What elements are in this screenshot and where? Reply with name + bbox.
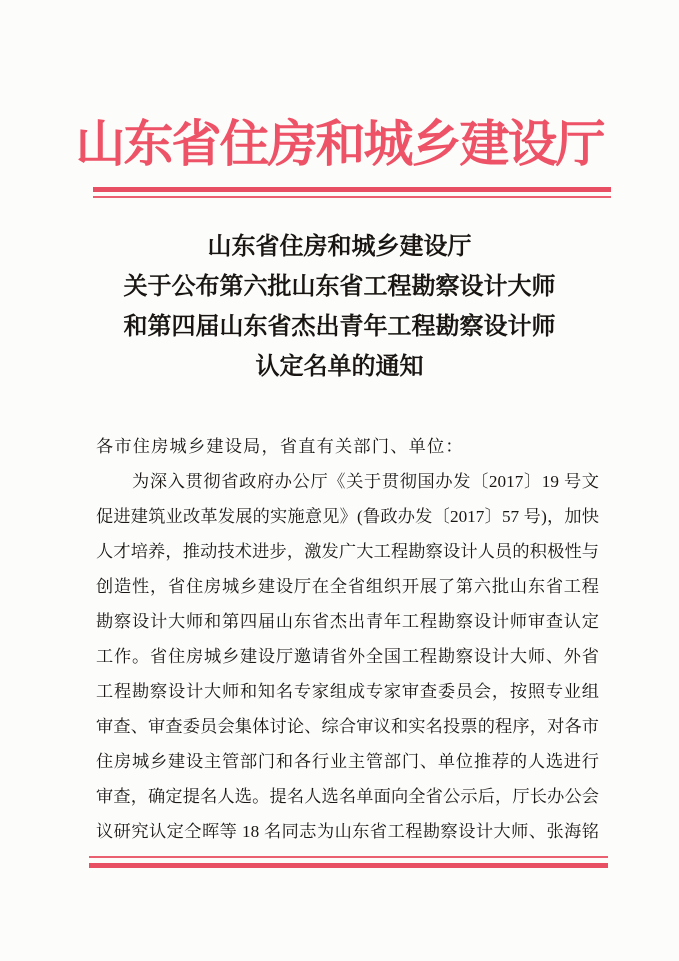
- title-line-notice: 认定名单的通知: [0, 347, 679, 387]
- rule-thin-line: [89, 856, 608, 858]
- rule-thick-line: [89, 863, 608, 868]
- body-line: 促进建筑业改革发展的实施意见》(鲁政办发〔2017〕57 号)，加快: [96, 499, 599, 534]
- body-line: 审查，确定提名人选。提名人选名单面向全省公示后，厅长办公会: [96, 779, 599, 814]
- body-line: 住房城乡建设主管部门和各行业主管部门、单位推荐的人选进行: [96, 744, 599, 779]
- letterhead-double-rule: [93, 187, 611, 198]
- body-line: 为深入贯彻省政府办公厅《关于贯彻国办发〔2017〕19 号文件: [96, 464, 599, 499]
- title-line-org: 山东省住房和城乡建设厅: [0, 227, 679, 267]
- body-line: 创造性，省住房城乡建设厅在全省组织开展了第六批山东省工程: [96, 569, 599, 604]
- document-title: 山东省住房和城乡建设厅 关于公布第六批山东省工程勘察设计大师 和第四届山东省杰出…: [0, 227, 679, 387]
- body-line: 工程勘察设计大师和知名专家组成专家审查委员会，按照专业组: [96, 674, 599, 709]
- letterhead-org-name: 山东省住房和城乡建设厅: [0, 112, 679, 176]
- title-line-subject-2: 和第四届山东省杰出青年工程勘察设计师: [0, 307, 679, 347]
- footer-double-rule: [89, 856, 608, 868]
- body-line: 议研究认定仝晖等 18 名同志为山东省工程勘察设计大师、张海铭: [96, 814, 599, 849]
- body-line: 勘察设计大师和第四届山东省杰出青年工程勘察设计师审查认定: [96, 604, 599, 639]
- salutation-line: 各市住房城乡建设局，省直有关部门、单位：: [96, 429, 599, 464]
- rule-thin-line: [93, 196, 611, 198]
- body-line: 人才培养，推动技术进步，激发广大工程勘察设计人员的积极性与: [96, 534, 599, 569]
- scanned-official-document-page: 山东省住房和城乡建设厅 山东省住房和城乡建设厅 关于公布第六批山东省工程勘察设计…: [0, 0, 679, 961]
- body-line: 审查、审查委员会集体讨论、综合审议和实名投票的程序，对各市: [96, 709, 599, 744]
- title-line-subject-1: 关于公布第六批山东省工程勘察设计大师: [0, 267, 679, 307]
- rule-thick-line: [93, 187, 611, 192]
- document-body: 各市住房城乡建设局，省直有关部门、单位： 为深入贯彻省政府办公厅《关于贯彻国办发…: [96, 429, 599, 849]
- body-line: 工作。省住房城乡建设厅邀请省外全国工程勘察设计大师、外省: [96, 639, 599, 674]
